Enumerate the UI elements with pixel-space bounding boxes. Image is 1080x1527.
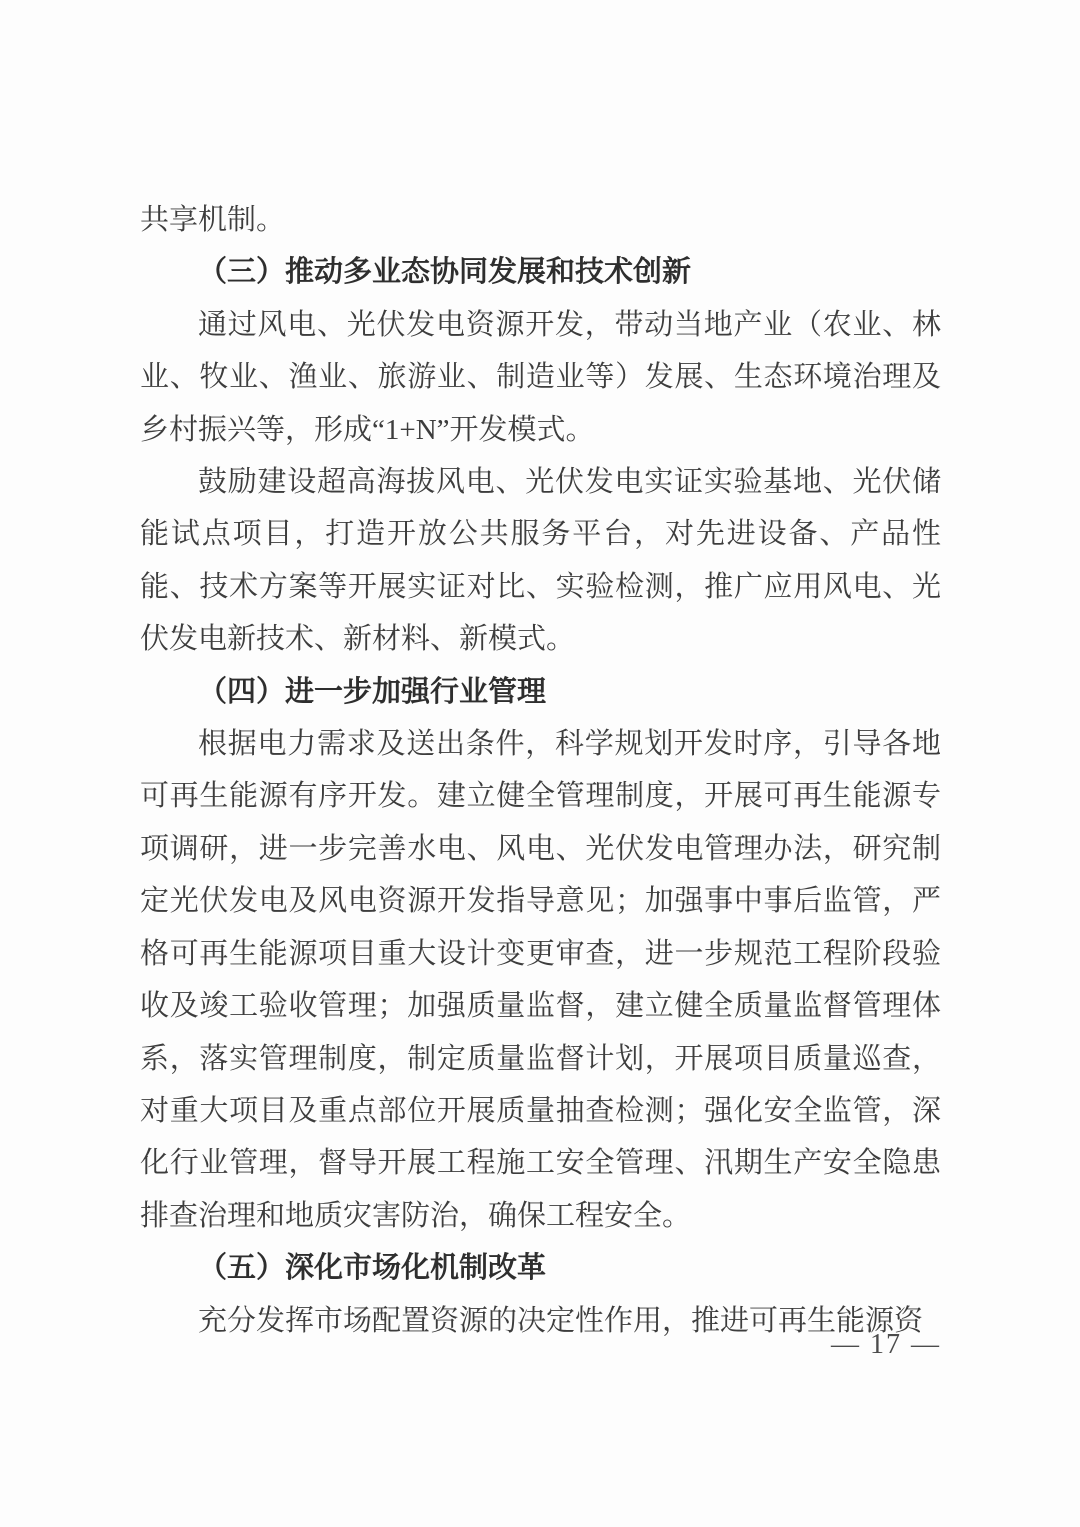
paragraph-continuation: 共享机制。 (140, 194, 941, 246)
document-page: 共享机制。（三）推动多业态协同发展和技术创新通过风电、光伏发电资源开发，带动当地… (0, 0, 1080, 1527)
document-body: 共享机制。（三）推动多业态协同发展和技术创新通过风电、光伏发电资源开发，带动当地… (140, 194, 941, 1347)
page-number: — 17 — (831, 1330, 941, 1360)
body-paragraph: 鼓励建设超高海拔风电、光伏发电实证实验基地、光伏储能试点项目，打造开放公共服务平… (140, 456, 941, 666)
section-heading: （五）深化市场化机制改革 (140, 1242, 941, 1294)
section-heading: （三）推动多业态协同发展和技术创新 (140, 246, 941, 298)
section-heading: （四）进一步加强行业管理 (140, 666, 941, 718)
body-paragraph: 通过风电、光伏发电资源开发，带动当地产业（农业、林业、牧业、渔业、旅游业、制造业… (140, 299, 941, 456)
body-paragraph: 充分发挥市场配置资源的决定性作用，推进可再生能源资 (140, 1295, 941, 1347)
body-paragraph: 根据电力需求及送出条件，科学规划开发时序，引导各地可再生能源有序开发。建立健全管… (140, 718, 941, 1242)
